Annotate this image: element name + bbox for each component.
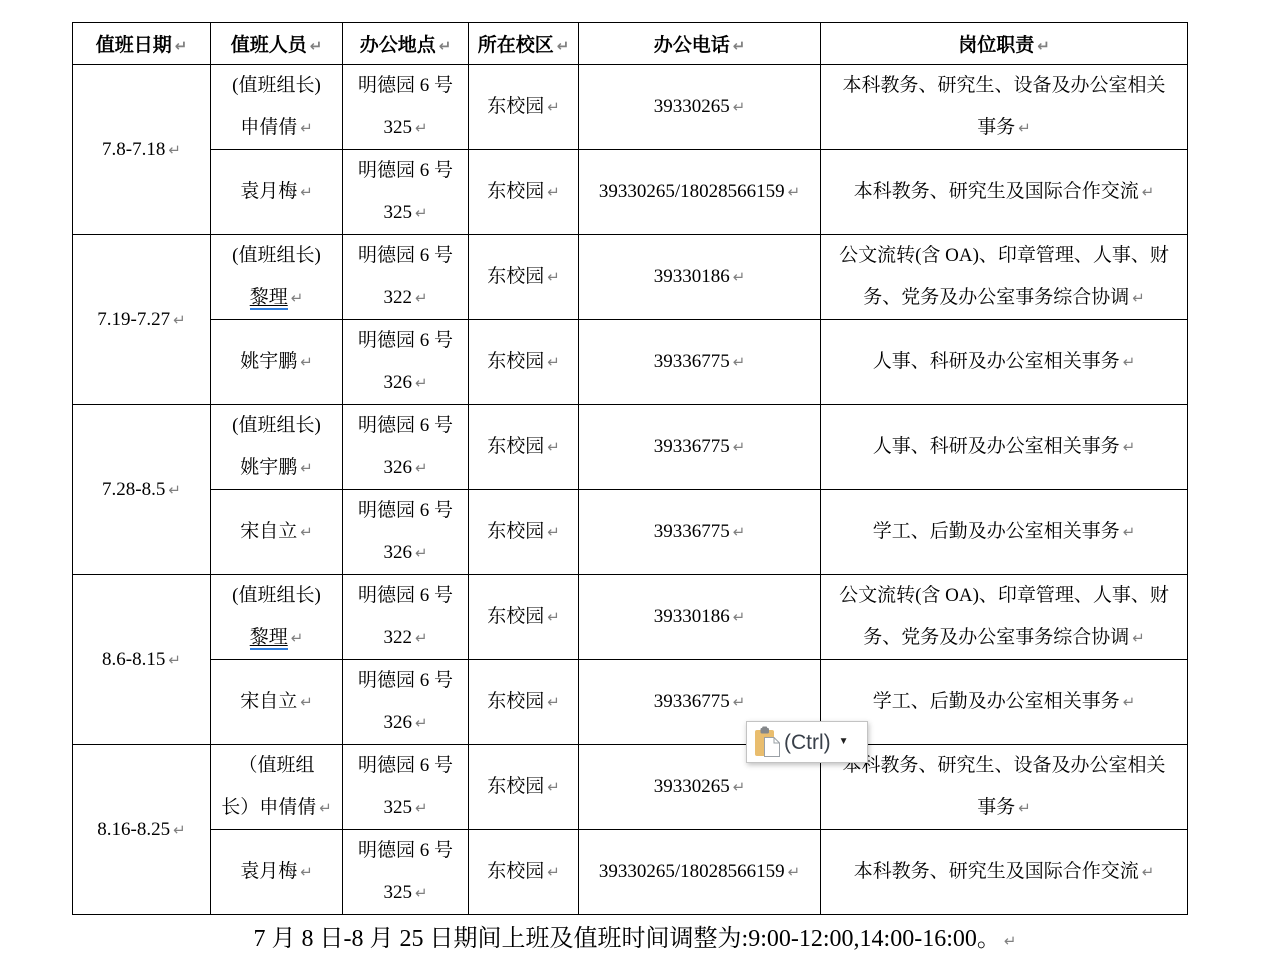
phone-cell[interactable]: 39336775↵ xyxy=(579,320,821,405)
header-duty-date[interactable]: 值班日期↵ xyxy=(73,23,211,65)
duty-cell[interactable]: 公文流转(含 OA)、印章管理、人事、财务、党务及办公室事务综合协调↵ xyxy=(821,235,1188,320)
cell-text: 322 xyxy=(383,287,412,308)
cell-text: 本科教务、研究生、设备及办公室相关 xyxy=(842,75,1165,96)
table-row: 袁月梅↵明德园 6 号325↵东校园↵39330265/18028566159↵… xyxy=(73,830,1188,915)
cell-text: 长）申倩倩 xyxy=(221,797,316,818)
footer-text: 7 月 8 日-8 月 25 日期间上班及值班时间调整为:9:00-12:00,… xyxy=(254,926,1001,952)
cell-text: 39330186 xyxy=(654,606,730,627)
paragraph-mark: ↵ xyxy=(1142,183,1155,201)
cell-text: 袁月梅 xyxy=(240,181,297,202)
paragraph-mark: ↵ xyxy=(300,459,313,477)
cell-text: 东校园 xyxy=(487,266,544,287)
cell-text: 东校园 xyxy=(487,351,544,372)
duty-cell[interactable]: 本科教务、研究生、设备及办公室相关事务↵ xyxy=(821,65,1188,150)
cell-text: 8.6-8.15 xyxy=(102,649,165,670)
person-cell[interactable]: (值班组长)申倩倩↵ xyxy=(211,65,343,150)
table-row: 宋自立↵明德园 6 号326↵东校园↵39336775↵学工、后勤及办公室相关事… xyxy=(73,490,1188,575)
paragraph-mark: ↵ xyxy=(788,863,801,881)
duty-schedule-table: 值班日期↵ 值班人员↵ 办公地点↵ 所在校区↵ 办公电话↵ 岗位职责↵ 7.8-… xyxy=(72,22,1188,915)
phone-cell[interactable]: 39330265/18028566159↵ xyxy=(579,150,821,235)
cell-text: 明德园 6 号 xyxy=(358,840,453,861)
campus-cell[interactable]: 东校园↵ xyxy=(469,405,579,490)
paragraph-mark: ↵ xyxy=(547,353,560,371)
paragraph-mark: ↵ xyxy=(300,863,313,881)
campus-cell[interactable]: 东校园↵ xyxy=(469,150,579,235)
duty-cell[interactable]: 本科教务、研究生及国际合作交流↵ xyxy=(821,830,1188,915)
duty-cell[interactable]: 学工、后勤及办公室相关事务↵ xyxy=(821,660,1188,745)
location-cell[interactable]: 明德园 6 号326↵ xyxy=(343,405,469,490)
person-cell[interactable]: (值班组长)姚宇鹏↵ xyxy=(211,405,343,490)
paragraph-mark: ↵ xyxy=(173,311,186,329)
paragraph-mark: ↵ xyxy=(1018,119,1031,137)
table-row: 7.19-7.27↵(值班组长)黎理↵明德园 6 号322↵东校园↵393301… xyxy=(73,235,1188,320)
cell-text: 39336775 xyxy=(654,351,730,372)
paragraph-mark: ↵ xyxy=(1123,693,1136,711)
cell-text: 事务 xyxy=(977,117,1015,138)
paragraph-mark: ↵ xyxy=(788,183,801,201)
paragraph-mark: ↵ xyxy=(1018,799,1031,817)
campus-cell[interactable]: 东校园↵ xyxy=(469,235,579,320)
cell-text: 7.28-8.5 xyxy=(102,479,165,500)
cell-text: 务、党务及办公室事务综合协调 xyxy=(863,287,1129,308)
paragraph-mark: ↵ xyxy=(415,629,428,647)
footer-note[interactable]: 7 月 8 日-8 月 25 日期间上班及值班时间调整为:9:00-12:00,… xyxy=(0,920,1270,960)
paragraph-mark: ↵ xyxy=(415,119,428,137)
phone-cell[interactable]: 39330265/18028566159↵ xyxy=(579,830,821,915)
person-cell[interactable]: 袁月梅↵ xyxy=(211,150,343,235)
cell-text: 本科教务、研究生及国际合作交流 xyxy=(854,181,1139,202)
paragraph-mark: ↵ xyxy=(1004,932,1017,950)
location-cell[interactable]: 明德园 6 号322↵ xyxy=(343,235,469,320)
person-cell[interactable]: (值班组长)黎理↵ xyxy=(211,235,343,320)
paragraph-mark: ↵ xyxy=(300,119,313,137)
header-label: 办公地点 xyxy=(360,35,436,56)
duty-date-cell[interactable]: 8.6-8.15↵ xyxy=(73,575,211,745)
cell-text: 东校园 xyxy=(487,181,544,202)
location-cell[interactable]: 明德园 6 号326↵ xyxy=(343,660,469,745)
cell-text: 325 xyxy=(383,797,412,818)
paragraph-mark: ↵ xyxy=(310,37,323,55)
cell-text: 事务 xyxy=(977,797,1015,818)
campus-cell[interactable]: 东校园↵ xyxy=(469,830,579,915)
campus-cell[interactable]: 东校园↵ xyxy=(469,65,579,150)
cell-text: 本科教务、研究生及国际合作交流 xyxy=(854,861,1139,882)
phone-cell[interactable]: 39336775↵ xyxy=(579,490,821,575)
person-cell[interactable]: 宋自立↵ xyxy=(211,660,343,745)
paragraph-mark: ↵ xyxy=(547,863,560,881)
header-label: 值班人员 xyxy=(231,35,307,56)
paragraph-mark: ↵ xyxy=(733,268,746,286)
cell-text: 明德园 6 号 xyxy=(358,755,453,776)
paragraph-mark: ↵ xyxy=(547,693,560,711)
paragraph-mark: ↵ xyxy=(300,523,313,541)
cell-text: (值班组长) xyxy=(232,245,321,266)
paragraph-mark: ↵ xyxy=(1123,523,1136,541)
paragraph-mark: ↵ xyxy=(173,821,186,839)
paragraph-mark: ↵ xyxy=(291,629,304,647)
paragraph-mark: ↵ xyxy=(415,289,428,307)
location-cell[interactable]: 明德园 6 号325↵ xyxy=(343,150,469,235)
paste-options-label: (Ctrl) xyxy=(784,732,831,753)
duty-cell[interactable]: 本科教务、研究生及国际合作交流↵ xyxy=(821,150,1188,235)
paragraph-mark: ↵ xyxy=(1037,37,1050,55)
cell-text: 明德园 6 号 xyxy=(358,330,453,351)
paragraph-mark: ↵ xyxy=(1132,629,1145,647)
header-campus[interactable]: 所在校区↵ xyxy=(469,23,579,65)
cell-text: (值班组长) xyxy=(232,585,321,606)
paragraph-mark: ↵ xyxy=(547,608,560,626)
table-row: 7.28-8.5↵(值班组长)姚宇鹏↵明德园 6 号326↵东校园↵393367… xyxy=(73,405,1188,490)
duty-cell[interactable]: 本科教务、研究生、设备及办公室相关事务↵ xyxy=(821,745,1188,830)
paragraph-mark: ↵ xyxy=(547,98,560,116)
cell-text: 326 xyxy=(383,457,412,478)
paragraph-mark: ↵ xyxy=(733,353,746,371)
dropdown-caret-icon[interactable]: ▼ xyxy=(839,737,849,747)
location-cell[interactable]: 明德园 6 号325↵ xyxy=(343,830,469,915)
cell-text: 姚宇鹏 xyxy=(240,457,297,478)
paragraph-mark: ↵ xyxy=(415,204,428,222)
duty-date-cell[interactable]: 7.8-7.18↵ xyxy=(73,65,211,235)
cell-text: 39330265/18028566159 xyxy=(599,861,785,882)
cell-text: 326 xyxy=(383,712,412,733)
location-cell[interactable]: 明德园 6 号326↵ xyxy=(343,320,469,405)
paragraph-mark: ↵ xyxy=(547,523,560,541)
location-cell[interactable]: 明德园 6 号325↵ xyxy=(343,65,469,150)
table-row: 8.16-8.25↵（值班组长）申倩倩↵明德园 6 号325↵东校园↵39330… xyxy=(73,745,1188,830)
cell-text: 东校园 xyxy=(487,521,544,542)
cell-text: 东校园 xyxy=(487,606,544,627)
location-cell[interactable]: 明德园 6 号322↵ xyxy=(343,575,469,660)
paragraph-mark: ↵ xyxy=(547,778,560,796)
clipboard-paste-icon xyxy=(754,726,781,758)
cell-text: 东校园 xyxy=(487,96,544,117)
paragraph-mark: ↵ xyxy=(300,693,313,711)
cell-text: (值班组长) xyxy=(232,75,321,96)
cell-text: 务、党务及办公室事务综合协调 xyxy=(863,627,1129,648)
paragraph-mark: ↵ xyxy=(168,651,181,669)
table-row: 宋自立↵明德园 6 号326↵东校园↵39336775↵学工、后勤及办公室相关事… xyxy=(73,660,1188,745)
cell-text: 宋自立 xyxy=(240,521,297,542)
paragraph-mark: ↵ xyxy=(415,884,428,902)
paste-options-button[interactable]: (Ctrl) ▼ xyxy=(746,721,868,763)
header-label: 岗位职责 xyxy=(958,35,1034,56)
paragraph-mark: ↵ xyxy=(547,438,560,456)
header-row: 值班日期↵ 值班人员↵ 办公地点↵ 所在校区↵ 办公电话↵ 岗位职责↵ xyxy=(73,23,1188,65)
duty-cell[interactable]: 人事、科研及办公室相关事务↵ xyxy=(821,405,1188,490)
paragraph-mark: ↵ xyxy=(733,98,746,116)
cell-text: 申倩倩 xyxy=(240,117,297,138)
person-cell[interactable]: （值班组长）申倩倩↵ xyxy=(211,745,343,830)
duty-cell[interactable]: 学工、后勤及办公室相关事务↵ xyxy=(821,490,1188,575)
cell-text: 东校园 xyxy=(487,776,544,797)
phone-cell[interactable]: 39330265↵ xyxy=(579,65,821,150)
cell-text: 326 xyxy=(383,542,412,563)
cell-text: 学工、后勤及办公室相关事务 xyxy=(873,691,1120,712)
cell-text: 325 xyxy=(383,117,412,138)
paragraph-mark: ↵ xyxy=(415,799,428,817)
paragraph-mark: ↵ xyxy=(300,353,313,371)
location-cell[interactable]: 明德园 6 号325↵ xyxy=(343,745,469,830)
cell-text: 东校园 xyxy=(487,691,544,712)
cell-text: 人事、科研及办公室相关事务 xyxy=(873,436,1120,457)
cell-text: 39330265/18028566159 xyxy=(599,181,785,202)
header-label: 值班日期 xyxy=(96,35,172,56)
campus-cell[interactable]: 东校园↵ xyxy=(469,660,579,745)
cell-text: 39336775 xyxy=(654,691,730,712)
campus-cell[interactable]: 东校园↵ xyxy=(469,490,579,575)
paragraph-mark: ↵ xyxy=(733,438,746,456)
cell-text: 39330265 xyxy=(654,96,730,117)
cell-text: 325 xyxy=(383,202,412,223)
paragraph-mark: ↵ xyxy=(557,37,570,55)
paragraph-mark: ↵ xyxy=(415,544,428,562)
table-row: 8.6-8.15↵(值班组长)黎理↵明德园 6 号322↵东校园↵3933018… xyxy=(73,575,1188,660)
paragraph-mark: ↵ xyxy=(415,714,428,732)
cell-text: 明德园 6 号 xyxy=(358,160,453,181)
cell-text: 宋自立 xyxy=(240,691,297,712)
paragraph-mark: ↵ xyxy=(1123,353,1136,371)
phone-cell[interactable]: 39330186↵ xyxy=(579,235,821,320)
duty-table-body: 7.8-7.18↵(值班组长)申倩倩↵明德园 6 号325↵东校园↵393302… xyxy=(73,65,1188,915)
phone-cell[interactable]: 39330186↵ xyxy=(579,575,821,660)
cell-text: 明德园 6 号 xyxy=(358,415,453,436)
cell-text: 325 xyxy=(383,882,412,903)
paragraph-mark: ↵ xyxy=(415,374,428,392)
cell-text: 明德园 6 号 xyxy=(358,500,453,521)
campus-cell[interactable]: 东校园↵ xyxy=(469,745,579,830)
duty-cell[interactable]: 公文流转(含 OA)、印章管理、人事、财务、党务及办公室事务综合协调↵ xyxy=(821,575,1188,660)
cell-text: 姚宇鹏 xyxy=(240,351,297,372)
cell-text: (值班组长) xyxy=(232,415,321,436)
cell-text: 明德园 6 号 xyxy=(358,670,453,691)
paragraph-mark: ↵ xyxy=(439,37,452,55)
duty-date-cell[interactable]: 7.28-8.5↵ xyxy=(73,405,211,575)
duty-cell[interactable]: 人事、科研及办公室相关事务↵ xyxy=(821,320,1188,405)
paragraph-mark: ↵ xyxy=(415,459,428,477)
cell-text: 39336775 xyxy=(654,436,730,457)
cell-text: 袁月梅 xyxy=(240,861,297,882)
cell-text: 本科教务、研究生、设备及办公室相关 xyxy=(842,755,1165,776)
paragraph-mark: ↵ xyxy=(1132,289,1145,307)
header-job-duties[interactable]: 岗位职责↵ xyxy=(821,23,1188,65)
header-label: 办公电话 xyxy=(654,35,730,56)
cell-text: 明德园 6 号 xyxy=(358,585,453,606)
cell-text: 39330186 xyxy=(654,266,730,287)
campus-cell[interactable]: 东校园↵ xyxy=(469,320,579,405)
paragraph-mark: ↵ xyxy=(1123,438,1136,456)
cell-text: 明德园 6 号 xyxy=(358,75,453,96)
person-cell[interactable]: 宋自立↵ xyxy=(211,490,343,575)
phone-cell[interactable]: 39336775↵ xyxy=(579,405,821,490)
paragraph-mark: ↵ xyxy=(175,37,188,55)
header-office-location[interactable]: 办公地点↵ xyxy=(343,23,469,65)
cell-text: 326 xyxy=(383,372,412,393)
paragraph-mark: ↵ xyxy=(1142,863,1155,881)
cell-text: 39336775 xyxy=(654,521,730,542)
cell-text: 322 xyxy=(383,627,412,648)
cell-text: 7.19-7.27 xyxy=(97,309,170,330)
table-row: 袁月梅↵明德园 6 号325↵东校园↵39330265/18028566159↵… xyxy=(73,150,1188,235)
table-row: 7.8-7.18↵(值班组长)申倩倩↵明德园 6 号325↵东校园↵393302… xyxy=(73,65,1188,150)
cell-text: 39330265 xyxy=(654,776,730,797)
cell-text: 公文流转(含 OA)、印章管理、人事、财 xyxy=(839,585,1169,606)
header-office-phone[interactable]: 办公电话↵ xyxy=(579,23,821,65)
paragraph-mark: ↵ xyxy=(319,799,332,817)
location-cell[interactable]: 明德园 6 号326↵ xyxy=(343,490,469,575)
paragraph-mark: ↵ xyxy=(168,481,181,499)
duty-date-cell[interactable]: 7.19-7.27↵ xyxy=(73,235,211,405)
cell-text: 东校园 xyxy=(487,436,544,457)
paragraph-mark: ↵ xyxy=(547,268,560,286)
cell-text: 东校园 xyxy=(487,861,544,882)
paragraph-mark: ↵ xyxy=(733,37,746,55)
cell-text: 8.16-8.25 xyxy=(97,819,170,840)
cell-text: 人事、科研及办公室相关事务 xyxy=(873,351,1120,372)
cell-text: 黎理 xyxy=(250,627,288,650)
paragraph-mark: ↵ xyxy=(547,183,560,201)
person-cell[interactable]: 袁月梅↵ xyxy=(211,830,343,915)
paragraph-mark: ↵ xyxy=(291,289,304,307)
paragraph-mark: ↵ xyxy=(300,183,313,201)
paragraph-mark: ↵ xyxy=(168,141,181,159)
duty-date-cell[interactable]: 8.16-8.25↵ xyxy=(73,745,211,915)
campus-cell[interactable]: 东校园↵ xyxy=(469,575,579,660)
paragraph-mark: ↵ xyxy=(733,693,746,711)
person-cell[interactable]: (值班组长)黎理↵ xyxy=(211,575,343,660)
cell-text: 公文流转(含 OA)、印章管理、人事、财 xyxy=(839,245,1169,266)
header-duty-person[interactable]: 值班人员↵ xyxy=(211,23,343,65)
paragraph-mark: ↵ xyxy=(733,778,746,796)
cell-text: （值班组 xyxy=(238,755,314,776)
paragraph-mark: ↵ xyxy=(733,523,746,541)
cell-text: 黎理 xyxy=(250,287,288,310)
cell-text: 7.8-7.18 xyxy=(102,139,165,160)
cell-text: 明德园 6 号 xyxy=(358,245,453,266)
header-label: 所在校区 xyxy=(478,35,554,56)
cell-text: 学工、后勤及办公室相关事务 xyxy=(873,521,1120,542)
person-cell[interactable]: 姚宇鹏↵ xyxy=(211,320,343,405)
paragraph-mark: ↵ xyxy=(733,608,746,626)
table-row: 姚宇鹏↵明德园 6 号326↵东校园↵39336775↵人事、科研及办公室相关事… xyxy=(73,320,1188,405)
